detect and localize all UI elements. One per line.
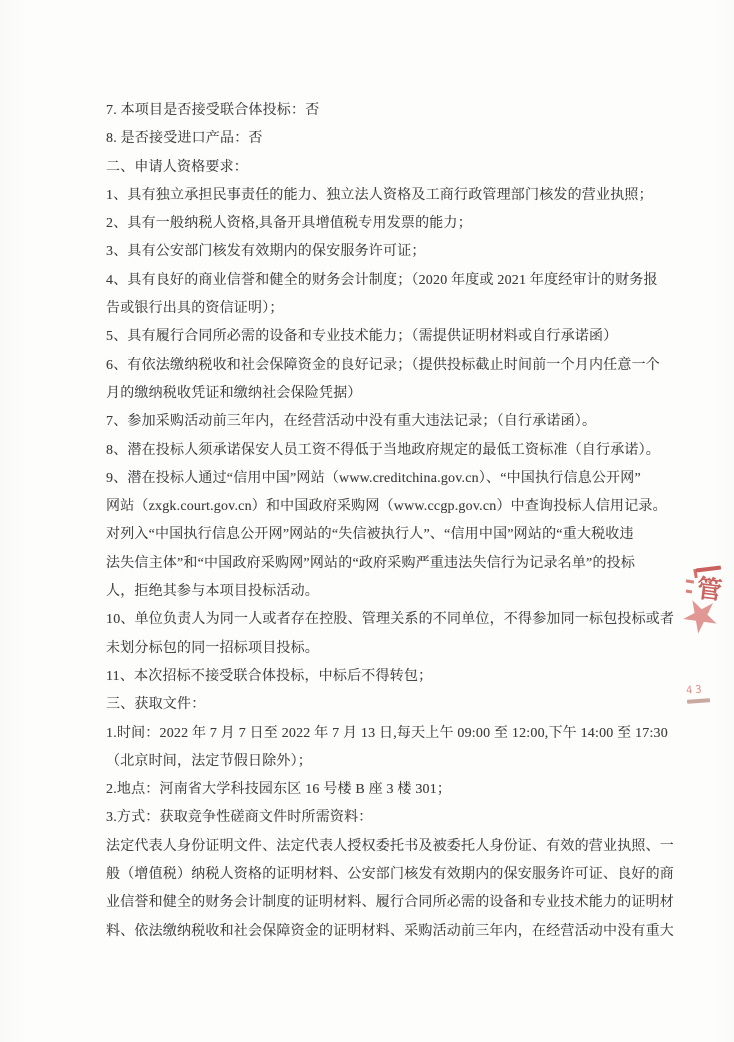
document-line: 8、潜在投标人须承诺保安人员工资不得低于当地政府规定的最低工资标准（自行承诺）。 [106, 437, 654, 465]
document-line: 人，拒绝其参与本项目投标活动。 [106, 578, 654, 606]
seal-stroke [693, 569, 698, 578]
seal-stroke [687, 698, 710, 704]
document-line: 6、有依法缴纳税收和社会保障资金的良好记录；（提供投标截止时间前一个月内任意一个 [106, 352, 654, 380]
document-line: 4、具有良好的商业信誉和健全的财务会计制度；（2020 年度或 2021 年度经… [106, 267, 654, 295]
seal-character: 管 [695, 569, 724, 608]
document-line: 2、具有一般纳税人资格,具备开具增值税专用发票的能力； [106, 210, 654, 238]
document-line: 法失信主体”和“中国政府采购网”网站的“政府采购严重违法失信行为记录名单”的投标 [106, 550, 654, 578]
document-line: 5、具有履行合同所必需的设备和专业技术能力；（需提供证明材料或自行承诺函） [106, 323, 654, 351]
document-line: 法定代表人身份证明文件、法定代表人授权委托书及被委托人身份证、有效的营业执照、一 [106, 833, 654, 861]
document-body: 7. 本项目是否接受联合体投标：否8. 是否接受进口产品：否二、申请人资格要求：… [106, 97, 654, 946]
scanned-document-page: 7. 本项目是否接受联合体投标：否8. 是否接受进口产品：否二、申请人资格要求：… [0, 0, 734, 1042]
official-seal: 管 ★ 43 [680, 558, 734, 713]
document-line: 3、具有公安部门核发有效期内的保安服务许可证； [106, 238, 654, 266]
document-line: 8. 是否接受进口产品：否 [106, 125, 654, 153]
document-line: 对列入“中国执行信息公开网”网站的“失信被执行人”、“信用中国”网站的“重大税收… [106, 521, 654, 549]
seal-stroke [696, 565, 721, 572]
document-line: 10、单位负责人为同一人或者存在控股、管理关系的不同单位，不得参加同一标包投标或… [106, 606, 654, 634]
seal-number: 43 [686, 683, 705, 696]
document-line: 网站（zxgk.court.gov.cn）和中国政府采购网（www.ccgp.g… [106, 493, 654, 521]
seal-stroke [686, 590, 692, 593]
document-line: 3.方式：获取竞争性磋商文件时所需资料： [106, 804, 654, 832]
document-line: 11、本次招标不接受联合体投标，中标后不得转包； [106, 663, 654, 691]
document-line: 未划分标包的同一招标项目投标。 [106, 635, 654, 663]
document-line: 二、申请人资格要求： [106, 154, 654, 182]
document-line: 7、参加采购活动前三年内，在经营活动中没有重大违法记录；（自行承诺函）。 [106, 408, 654, 436]
document-line: 月的缴纳税收凭证和缴纳社会保险凭据） [106, 380, 654, 408]
document-line: 2.地点：河南省大学科技园东区 16 号楼 B 座 3 楼 301； [106, 776, 654, 804]
document-line: 9、潜在投标人通过“信用中国”网站（www.creditchina.gov.cn… [106, 465, 654, 493]
document-line: 业信誉和健全的财务会计制度的证明材料、履行合同所必需的设备和专业技术能力的证明材 [106, 889, 654, 917]
document-line: （北京时间，法定节假日除外）； [106, 748, 654, 776]
document-line: 般（增值税）纳税人资格的证明材料、公安部门核发有效期内的保安服务许可证、良好的商 [106, 861, 654, 889]
document-line: 7. 本项目是否接受联合体投标：否 [106, 97, 654, 125]
document-line: 1、具有独立承担民事责任的能力、独立法人资格及工商行政管理部门核发的营业执照； [106, 182, 654, 210]
document-line: 告或银行出具的资信证明）； [106, 295, 654, 323]
document-line: 1.时间：2022 年 7 月 7 日至 2022 年 7 月 13 日,每天上… [106, 720, 654, 748]
seal-star-icon: ★ [673, 587, 728, 644]
seal-stroke [686, 579, 694, 583]
document-line: 三、获取文件： [106, 691, 654, 719]
document-line: 料、依法缴纳税收和社会保障资金的证明材料、采购活动前三年内，在经营活动中没有重大 [106, 918, 654, 946]
